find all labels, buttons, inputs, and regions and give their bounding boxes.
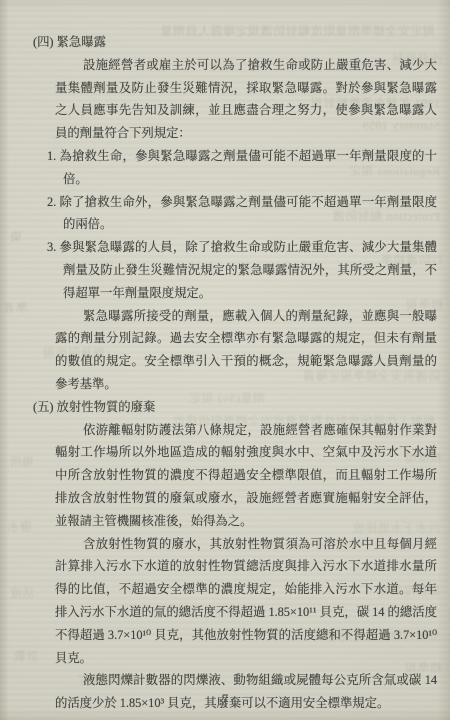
page-content: (四) 緊急曝露 設施經營者或雇主於可以為了搶救生命或防止嚴重危害、減少大量集體… xyxy=(33,31,437,715)
section5-heading: (五) 放射性物質的廢棄 xyxy=(33,396,437,419)
bleedthrough-text: 廢水 xyxy=(0,518,32,535)
section4-paragraph-2: 緊急曝露所接受的劑量，應載入個人的劑量紀錄，並應與一般曝露的劑量分別記錄。過去安… xyxy=(55,305,437,396)
section5-paragraph-2: 含放射性物質的廢水，其放射性物質須為可溶於水中且每個月經計算排入污水下水道的放射… xyxy=(55,533,437,670)
page-number: 7 xyxy=(0,692,450,707)
bleedthrough-text: 場所 xyxy=(0,453,34,470)
section4-numbered-list: 1. 為搶救生命，參與緊急曝露之劑量儘可能不超過單一年劑量限度的十倍。 2. 除… xyxy=(33,145,437,305)
section5-paragraph-1: 依游離輻射防護法第八條規定，設施經營者應確保其輻射作業對輻射工作場所以外地區造成… xyxy=(55,419,437,533)
section4-heading: (四) 緊急曝露 xyxy=(33,31,437,54)
list-item: 1. 為搶救生命，參與緊急曝露之劑量儘可能不超過單一年劑量限度的十倍。 xyxy=(47,145,437,191)
bleedthrough-text: 染 xyxy=(0,228,22,245)
scanned-document-page: 規定安全標準劑量限度輻射防護規定曝露人員劑量改發管制1991 年發布游離輻射規S… xyxy=(0,0,450,720)
bleedthrough-text: 準者 xyxy=(0,299,28,316)
list-item: 3. 參與緊急曝露的人員，除了搶救生命或防止嚴重危害、減少大量集體劑量及防止發生… xyxy=(47,236,437,304)
section4-paragraph-1: 設施經營者或雇主於可以為了搶救生命或防止嚴重危害、減少大量集體劑量及防止發生災難… xyxy=(55,54,437,145)
list-item: 2. 除了搶救生命外，參與緊急曝露之劑量儘可能不超過單一年劑量限度的兩倍。 xyxy=(47,191,437,237)
bleedthrough-text: 活度 xyxy=(0,584,34,601)
